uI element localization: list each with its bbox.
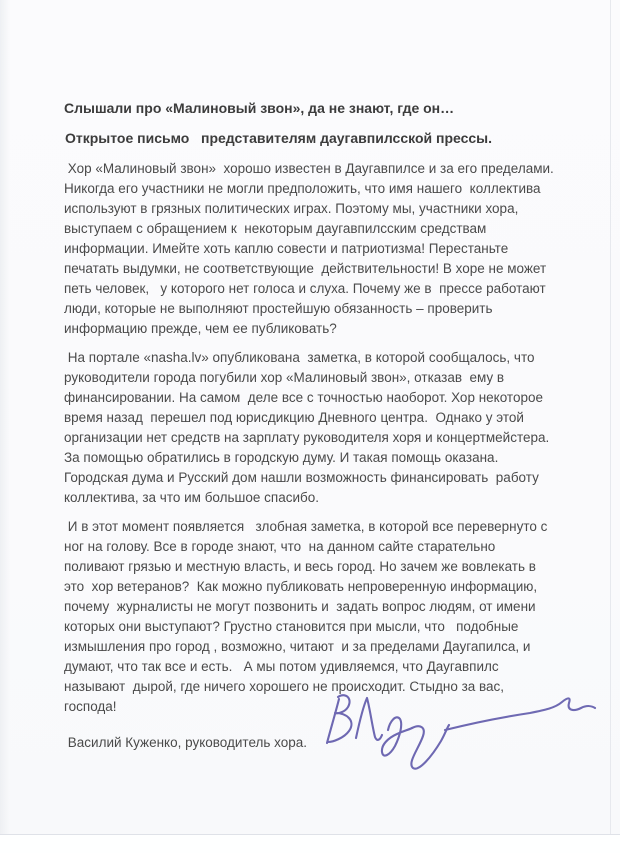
scan-left-edge-shadow (0, 0, 10, 853)
scan-bottom-edge (0, 834, 620, 853)
scanned-letter-page: Слышали про «Малиновый звон», да не знаю… (0, 0, 620, 853)
letter-subtitle: Открытое письмо представителям даугавпил… (65, 129, 578, 148)
letter-paragraph-1: Хор «Малиновый звон» хорошо известен в Д… (64, 159, 578, 339)
handwritten-signature-icon (318, 683, 603, 778)
letter-paragraph-2: На портале «nasha.lv» опубликована замет… (64, 348, 578, 508)
letter-body: Слышали про «Малиновый звон», да не знаю… (64, 99, 578, 753)
letter-title: Слышали про «Малиновый звон», да не знаю… (64, 99, 578, 118)
scan-right-edge-line (610, 0, 611, 835)
